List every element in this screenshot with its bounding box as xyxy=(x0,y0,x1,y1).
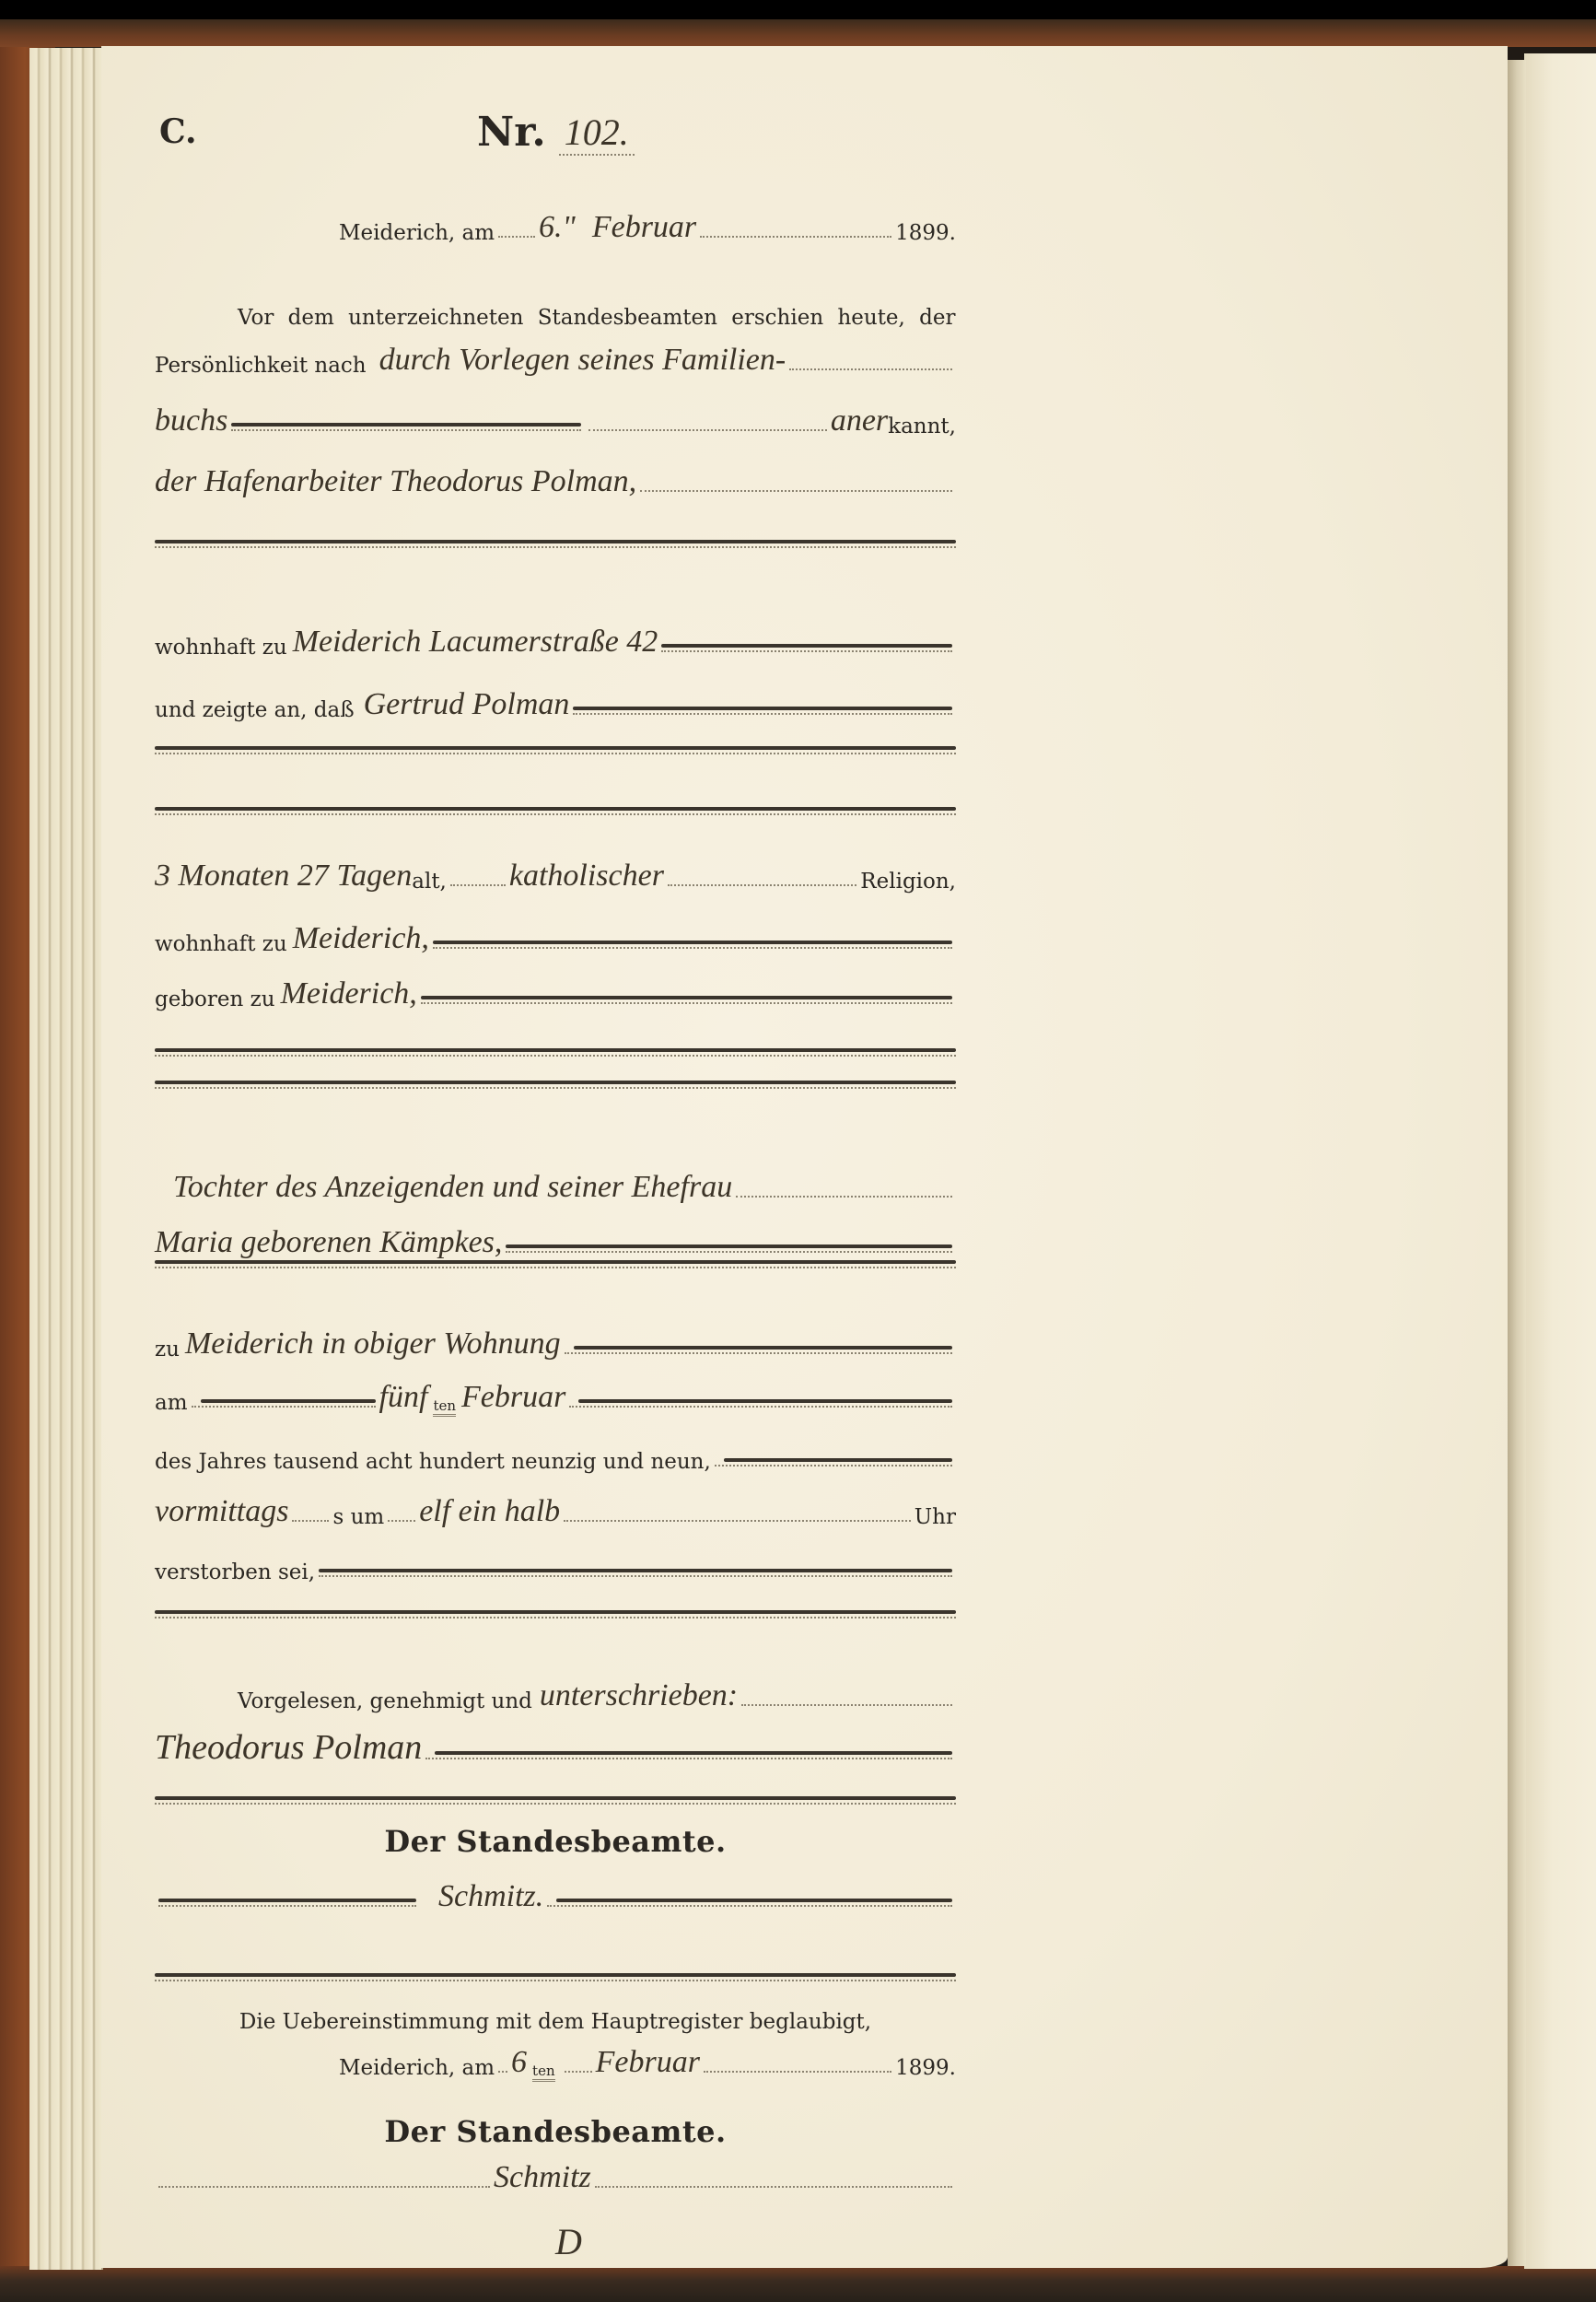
official-title-2: Der Standesbeamte. xyxy=(155,2114,956,2149)
record-place-label: Meiderich, am xyxy=(339,221,495,247)
declarant-name: der Hafenarbeiter Theodorus Polman, xyxy=(155,466,636,501)
separator-rule xyxy=(155,1973,956,1982)
death-time-line: vormittags s um elf ein halb Uhr xyxy=(155,1485,956,1531)
separator-rule xyxy=(155,746,956,755)
death-year-line: des Jahres tausend acht hundert neunzig … xyxy=(155,1430,956,1476)
book-cover-bottom xyxy=(0,2266,1596,2302)
age-value: 3 Monaten 27 Tagen xyxy=(155,860,412,895)
death-year-text: des Jahres tausend acht hundert neunzig … xyxy=(155,1450,711,1476)
record-year: 1899. xyxy=(895,221,956,247)
read-approved-label: Vorgelesen, genehmigt und xyxy=(238,1689,532,1715)
page-edge-stack xyxy=(29,48,103,2270)
announced-label: und zeigte an, daß xyxy=(155,698,355,724)
death-place-label: zu xyxy=(155,1338,180,1363)
death-place-value: Meiderich in obiger Wohnung xyxy=(185,1328,561,1363)
parents-line-1: Tochter des Anzeigenden und seiner Ehefr… xyxy=(155,1161,956,1207)
religion-label: Religion, xyxy=(860,870,956,895)
section-letter: C. xyxy=(159,112,197,151)
cert-year: 1899. xyxy=(895,2056,956,2082)
death-date-line: am fünf ten Februar xyxy=(155,1371,956,1417)
official-signature-2: Schmitz xyxy=(494,2162,591,2197)
separator-rule xyxy=(155,1260,956,1269)
record-day: 6." xyxy=(539,212,576,247)
parents-text-2: Maria geborenen Kämpkes, xyxy=(155,1227,502,1262)
residence-label: wohnhaft zu xyxy=(155,636,287,661)
birthplace-value: Meiderich, xyxy=(281,978,417,1013)
separator-rule xyxy=(155,1610,956,1619)
died-line: verstorben sei, xyxy=(155,1540,956,1586)
record-number-label: Nr. xyxy=(477,109,546,156)
known-suffix: kannt, xyxy=(888,415,956,440)
separator-rule xyxy=(155,1081,956,1090)
death-period: vormittags xyxy=(155,1496,288,1531)
declarant-signature-line: Theodorus Polman xyxy=(155,1723,956,1769)
death-month: Februar xyxy=(461,1382,565,1417)
read-approved-line: Vorgelesen, genehmigt und unterschrieben… xyxy=(155,1669,956,1715)
declarant-residence-line: wohnhaft zu Meiderich Lacumerstraße 42 xyxy=(155,615,956,661)
separator-rule xyxy=(155,807,956,816)
book-cover-top xyxy=(0,19,1596,47)
separator-rule xyxy=(155,1796,956,1805)
deceased-residence-label: wohnhaft zu xyxy=(155,932,287,958)
cert-day-suffix: ten xyxy=(532,2062,555,2082)
cert-month: Februar xyxy=(596,2047,700,2082)
known-prefix: aner xyxy=(831,405,888,440)
initial-mark: D xyxy=(555,2220,582,2263)
identity-line-1: Persönlichkeit nach durch Vorlegen seine… xyxy=(155,333,956,380)
death-place-line: zu Meiderich in obiger Wohnung xyxy=(155,1317,956,1363)
identity-line-2: buchs aner kannt, xyxy=(155,394,956,440)
cert-place-label: Meiderich, am xyxy=(339,2056,495,2082)
age-label: alt, xyxy=(412,870,447,895)
official-signature-line-2: Schmitz xyxy=(155,2151,956,2197)
identity-label: Persönlichkeit nach xyxy=(155,354,367,380)
declarant-line: der Hafenarbeiter Theodorus Polman, xyxy=(155,455,956,501)
certification-text: Die Uebereinstimmung mit dem Hauptregist… xyxy=(155,2010,956,2034)
record-month: Februar xyxy=(592,212,696,247)
residence-value: Meiderich Lacumerstraße 42 xyxy=(293,626,658,661)
died-label: verstorben sei, xyxy=(155,1560,315,1586)
intro-line: Vor dem unterzeichneten Standesbeamten e… xyxy=(238,286,956,332)
identity-value-2: buchs xyxy=(155,405,227,440)
intro-text: Vor dem unterzeichneten Standesbeamten e… xyxy=(238,306,956,332)
certification-date-line: Meiderich, am 6 ten Februar 1899. xyxy=(339,2036,956,2082)
declarant-signature: Theodorus Polman xyxy=(155,1730,422,1769)
age-religion-line: 3 Monaten 27 Tagen alt, katholischer Rel… xyxy=(155,849,956,895)
read-approved-value: unterschrieben: xyxy=(540,1680,738,1715)
announced-line: und zeigte an, daß Gertrud Polman xyxy=(155,678,956,724)
deceased-name: Gertrud Polman xyxy=(364,689,570,724)
identity-value-1: durch Vorlegen seines Familien- xyxy=(379,345,786,380)
viewer-title-bar: /Abt_Rheinland/PA_3103/~061/06114/R_PA_3… xyxy=(0,0,1596,19)
death-time-mid-label: s um xyxy=(332,1505,384,1531)
record-number-value: 102. xyxy=(559,111,635,156)
separator-rule xyxy=(155,540,956,549)
death-time-end-label: Uhr xyxy=(914,1505,956,1531)
birthplace-label: geboren zu xyxy=(155,987,275,1013)
parents-line-2: Maria geborenen Kämpkes, xyxy=(155,1216,956,1262)
official-signature-1: Schmitz. xyxy=(438,1881,543,1916)
record-number: Nr. 102. xyxy=(477,109,635,156)
parents-text-1: Tochter des Anzeigenden und seiner Ehefr… xyxy=(173,1172,732,1207)
death-day-suffix: ten xyxy=(433,1397,456,1417)
deceased-residence-value: Meiderich, xyxy=(293,923,429,958)
birthplace-line: geboren zu Meiderich, xyxy=(155,967,956,1013)
deceased-residence-line: wohnhaft zu Meiderich, xyxy=(155,912,956,958)
death-time-value: elf ein halb xyxy=(419,1496,560,1531)
record-date-line: Meiderich, am 6." Februar 1899. xyxy=(339,201,956,247)
cert-day: 6 xyxy=(511,2047,527,2082)
official-signature-line-1: Schmitz. xyxy=(155,1870,956,1916)
facing-page-edge xyxy=(1524,53,1596,2269)
death-day: fünf xyxy=(379,1382,428,1417)
official-title-1: Der Standesbeamte. xyxy=(155,1824,956,1859)
page-gutter-shadow xyxy=(1508,60,1526,2266)
death-date-label: am xyxy=(155,1391,188,1417)
separator-rule xyxy=(155,1048,956,1058)
religion-value: katholischer xyxy=(509,860,664,895)
